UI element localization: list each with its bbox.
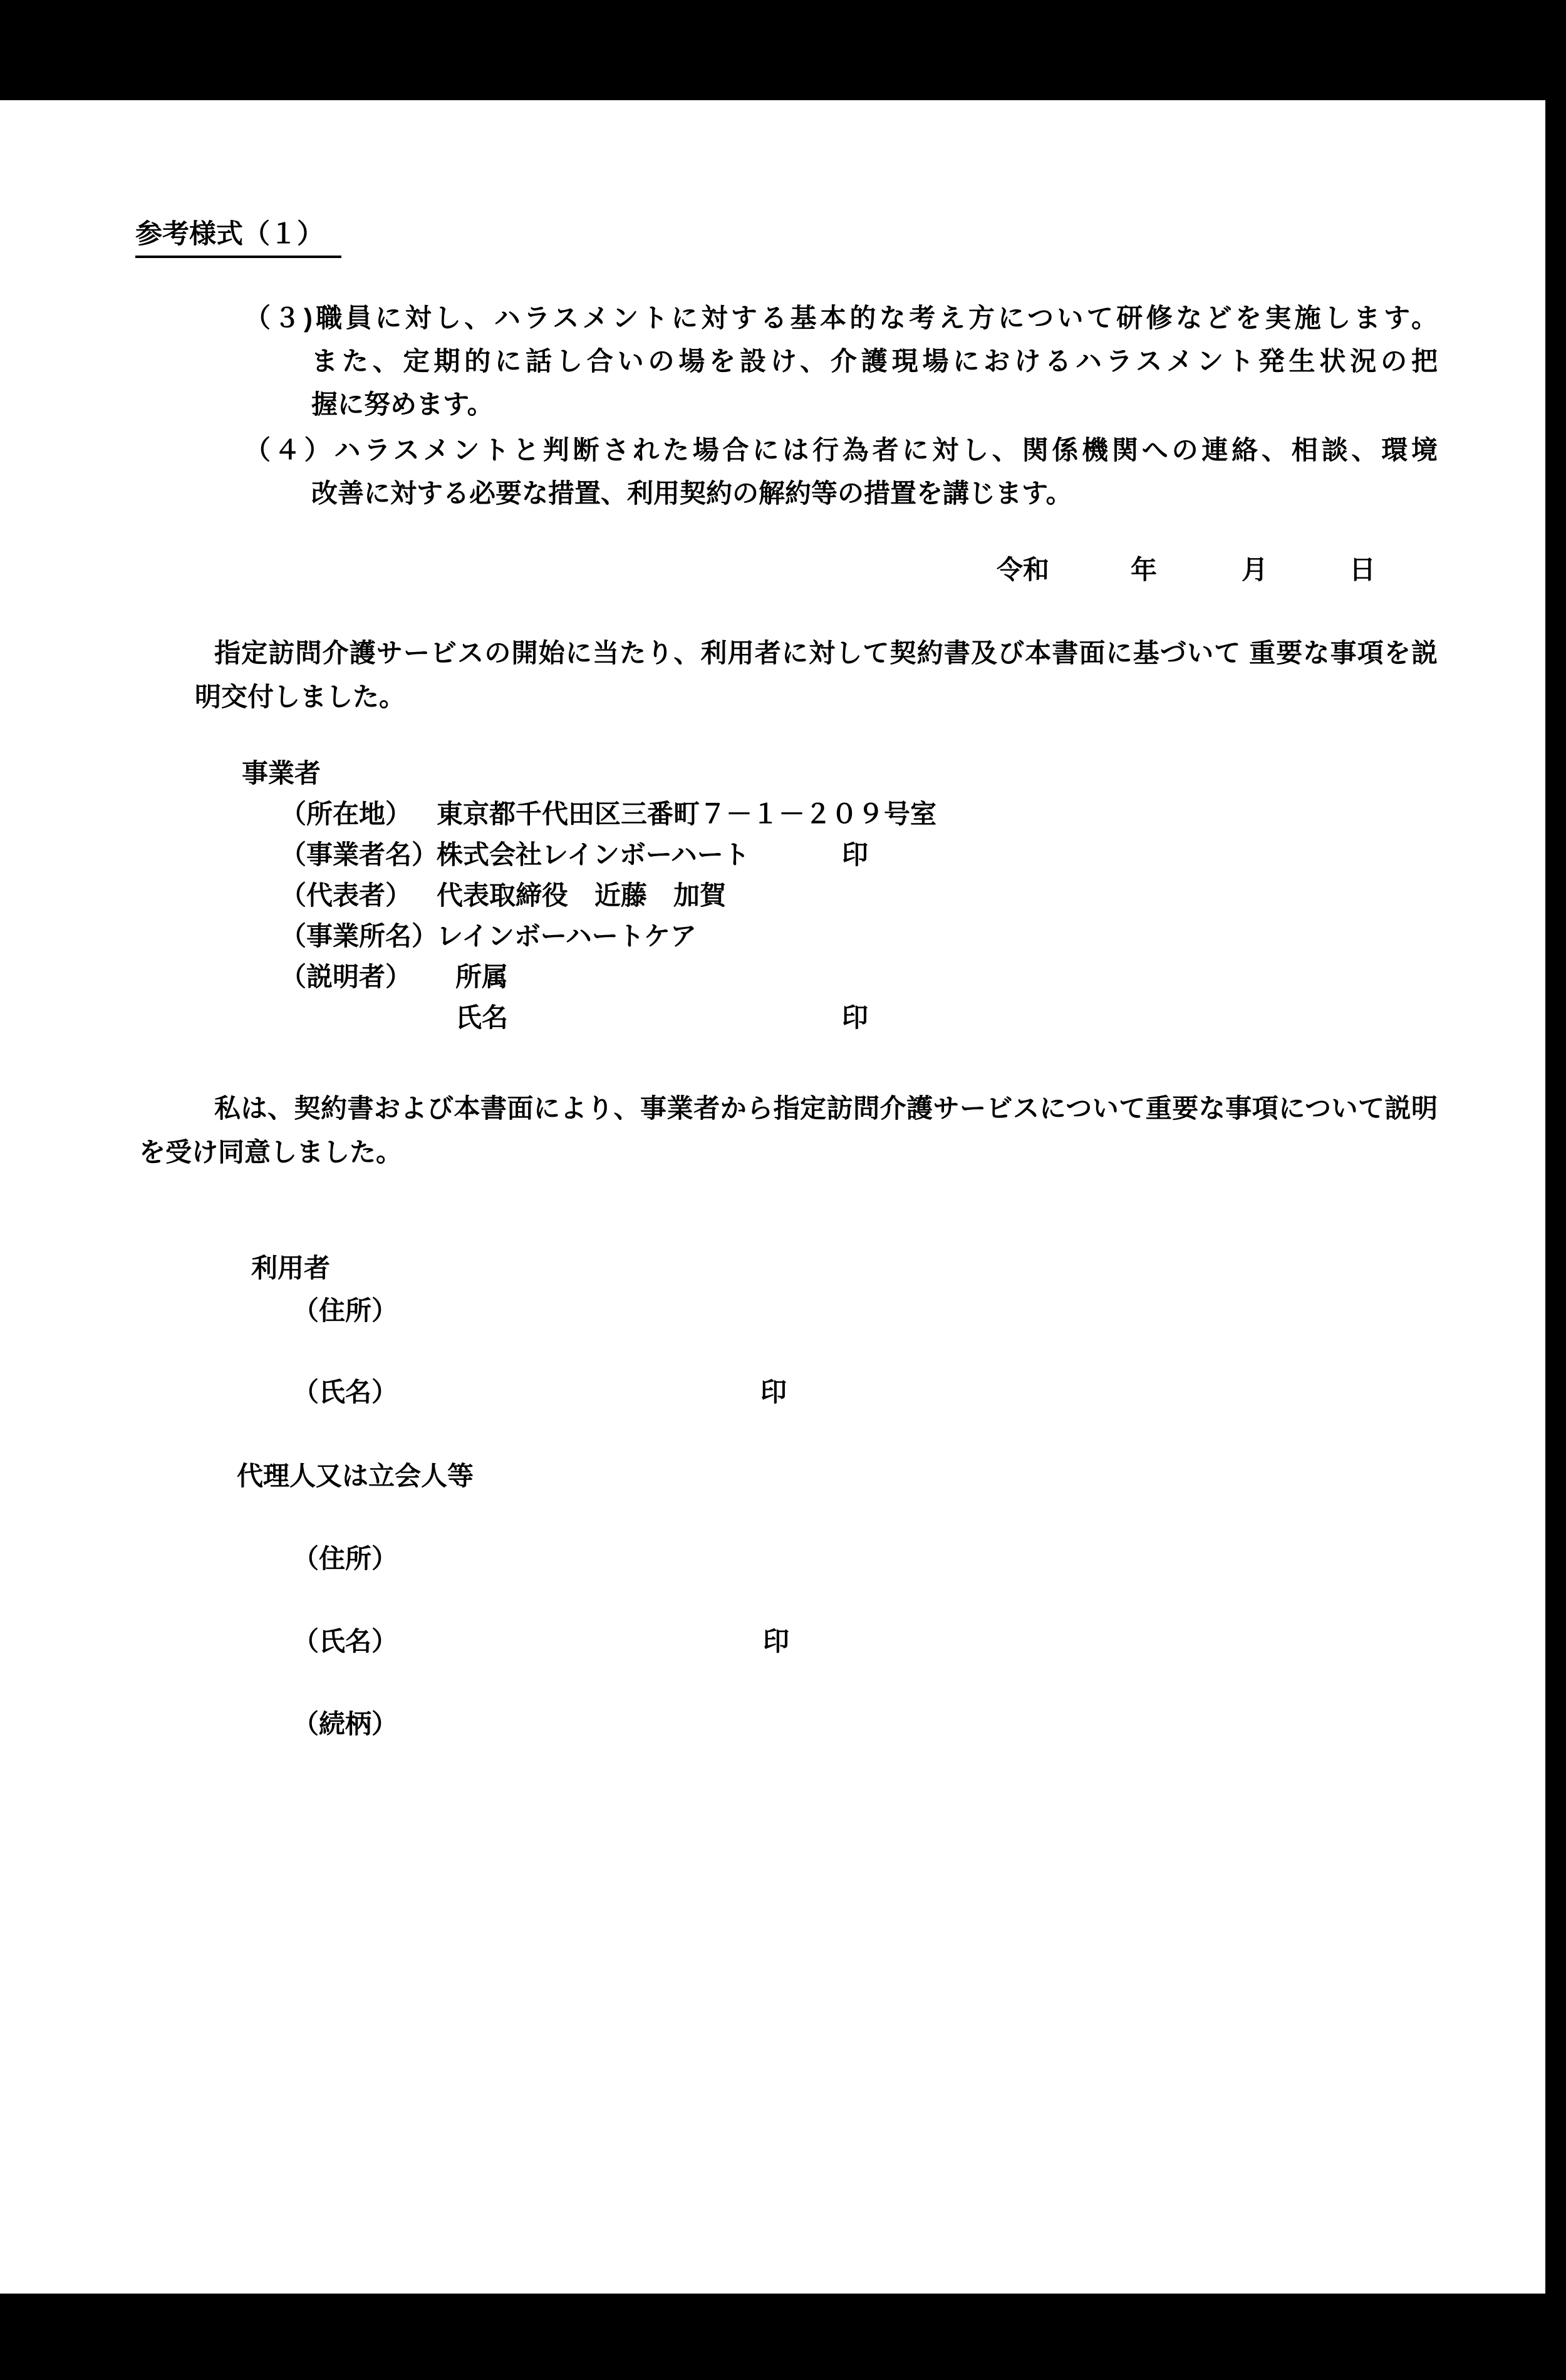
clause-4-line-2: 改善に対する必要な措置、利用契約の解約等の措置を講じます。	[311, 478, 1072, 509]
provider-representative-label: （代表者）	[280, 880, 412, 911]
provider-office-value: レインボーハートケア	[437, 921, 697, 952]
date-day-label: 日	[1349, 554, 1376, 586]
proxy-name-seal-mark: 印	[763, 1626, 789, 1657]
delivery-statement-line-2: 明交付しました。	[195, 681, 405, 713]
provider-section-label: 事業者	[242, 758, 321, 789]
provider-name-label: （事業者名）	[280, 839, 438, 871]
proxy-name-label: （氏名）	[293, 1626, 398, 1657]
proxy-relation-label: （続柄）	[293, 1709, 398, 1740]
provider-explainer-name-label: 氏名	[455, 1002, 508, 1033]
consent-statement-line-1: 私は、契約書および本書面により、事業者から指定訪問介護サービスについて重要な事項…	[139, 1093, 1438, 1124]
delivery-statement-line-1: 指定訪問介護サービスの開始に当たり、利用者に対して契約書及び本書面に基づいて 重…	[195, 638, 1438, 669]
bottom-scan-border	[0, 2294, 1566, 2380]
provider-office-label: （事業所名）	[280, 921, 438, 952]
consent-statement-line-2: を受け同意しました。	[139, 1137, 402, 1168]
provider-explainer-label: （説明者）	[280, 961, 412, 993]
clause-3-line-1: （３)職員に対し、ハラスメントに対する基本的な考え方について研修などを実施します…	[244, 303, 1438, 334]
top-scan-border	[0, 0, 1566, 100]
user-name-seal-mark: 印	[760, 1377, 787, 1408]
page-title: 参考様式（１）	[135, 219, 341, 258]
date-era-label: 令和	[997, 554, 1049, 586]
clause-4-line-1: （４）ハラスメントと判断された場合には行為者に対し、関係機関への連絡、相談、環境	[244, 435, 1438, 466]
clause-3-line-3: 握に努めます。	[311, 389, 494, 420]
provider-representative-value: 代表取締役 近藤 加賀	[437, 880, 726, 911]
provider-explainer-affiliation-label: 所属	[455, 961, 508, 993]
clause-3-line-2: また、定期的に話し合いの場を設け、介護現場におけるハラスメント発生状況の把	[311, 346, 1438, 377]
document-page: 参考様式（１） （３)職員に対し、ハラスメントに対する基本的な考え方について研修…	[0, 0, 1566, 2380]
proxy-address-label: （住所）	[293, 1543, 398, 1575]
date-year-label: 年	[1131, 554, 1157, 586]
proxy-section-label: 代理人又は立会人等	[237, 1461, 474, 1492]
provider-name-value: 株式会社レインボーハート	[437, 839, 750, 871]
user-name-label: （氏名）	[293, 1377, 398, 1408]
provider-explainer-seal-mark: 印	[842, 1002, 868, 1033]
provider-address-value: 東京都千代田区三番町７－１－２０９号室	[437, 799, 936, 830]
right-scan-border	[1545, 100, 1566, 2294]
provider-address-label: （所在地）	[280, 799, 412, 830]
date-month-label: 月	[1242, 554, 1268, 586]
provider-name-seal-mark: 印	[842, 839, 868, 871]
user-section-label: 利用者	[251, 1253, 330, 1284]
user-address-label: （住所）	[293, 1295, 398, 1327]
